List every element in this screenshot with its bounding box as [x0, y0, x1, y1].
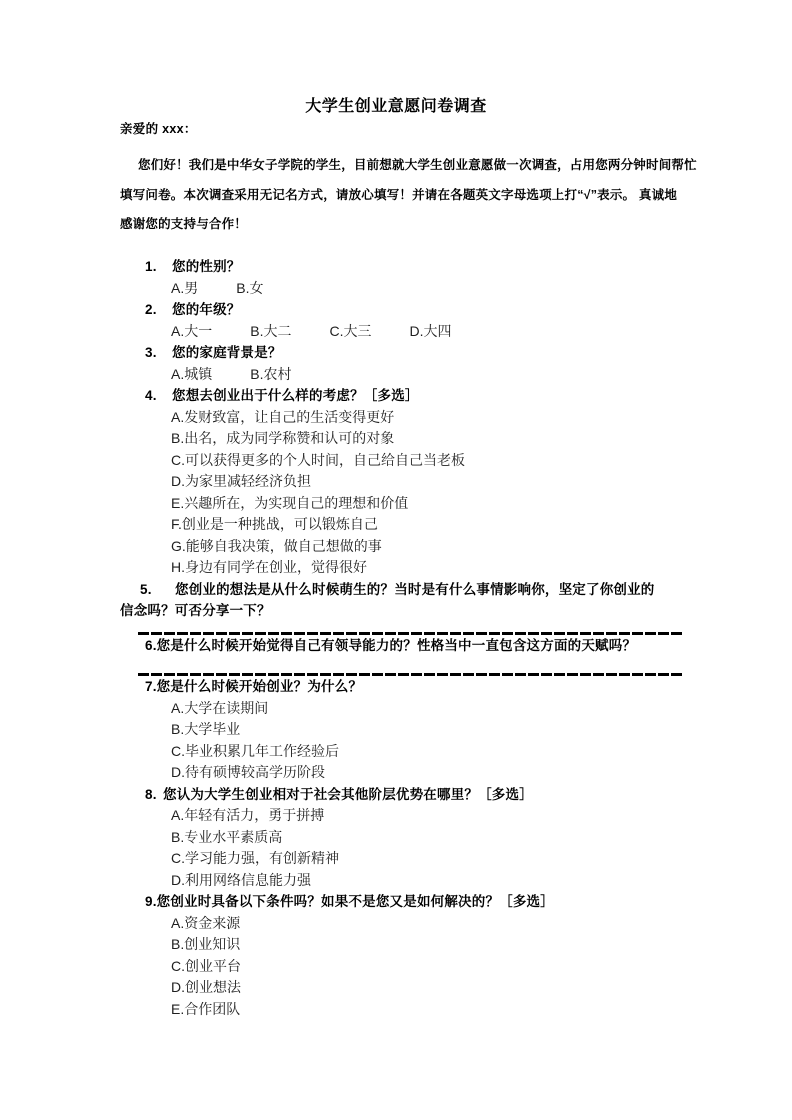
question-1-number: 1.	[145, 256, 172, 278]
question-8: 8.您认为大学生创业相对于社会其他阶层优势在哪里？［多选］	[120, 784, 720, 806]
intro-paragraph-line-2: 填写问卷。本次调查采用无记名方式，请放心填写！并请在各题英文字母选项上打“√”表…	[120, 185, 677, 203]
question-2-options: A.大一 B.大二 C.大三 D.大四	[120, 321, 720, 343]
question-8-text: 您认为大学生创业相对于社会其他阶层优势在哪里？［多选］	[163, 787, 533, 802]
question-9-option-c: C.创业平台	[120, 956, 720, 978]
question-2-option-a: A.大一	[171, 321, 212, 343]
question-3-option-b: B.农村	[250, 364, 291, 386]
question-3-number: 3.	[145, 342, 172, 364]
question-1-option-a: A.男	[171, 278, 198, 300]
question-list: 1.您的性别？ A.男 B.女 2.您的年级？ A.大一 B.大二 C.大三 D…	[120, 256, 720, 1020]
question-5-text-line-2: 信念吗？可否分享一下？	[120, 600, 720, 622]
question-3-option-a: A.城镇	[171, 364, 212, 386]
question-1: 1.您的性别？	[120, 256, 720, 278]
question-4-option-a: A.发财致富，让自己的生活变得更好	[120, 407, 720, 429]
question-7-option-a: A.大学在读期间	[120, 698, 720, 720]
question-4-option-b: B.出名，成为同学称赞和认可的对象	[120, 428, 720, 450]
question-2-text: 您的年级？	[172, 302, 241, 317]
question-9-option-a: A.资金来源	[120, 913, 720, 935]
question-7-option-c: C.毕业积累几年工作经验后	[120, 741, 720, 763]
question-9: 9.您创业时具备以下条件吗？如果不是您又是如何解决的？［多选］	[120, 891, 720, 913]
question-2-option-d: D.大四	[409, 321, 451, 343]
salutation: 亲爱的 xxx：	[120, 119, 197, 137]
question-3-text: 您的家庭背景是？	[172, 345, 282, 360]
question-3-options: A.城镇 B.农村	[120, 364, 720, 386]
question-4-option-c: C.可以获得更多的个人时间，自己给自己当老板	[120, 450, 720, 472]
question-2: 2.您的年级？	[120, 299, 720, 321]
question-2-option-b: B.大二	[250, 321, 291, 343]
question-9-option-e: E.合作团队	[120, 999, 720, 1021]
question-7-option-d: D.待有硕博较高学历阶段	[120, 762, 720, 784]
question-4: 4.您想去创业出于什么样的考虑？［多选］	[120, 385, 720, 407]
question-8-option-a: A.年轻有活力，勇于拼搏	[120, 805, 720, 827]
question-7: 7.您是什么时候开始创业？为什么？	[120, 676, 720, 698]
question-7-option-b: B.大学毕业	[120, 719, 720, 741]
question-4-text: 您想去创业出于什么样的考虑？［多选］	[172, 388, 419, 403]
question-4-number: 4.	[145, 385, 172, 407]
question-4-option-f: F.创业是一种挑战，可以锻炼自己	[120, 514, 720, 536]
question-4-option-d: D.为家里减轻经济负担	[120, 471, 720, 493]
question-8-option-b: B.专业水平素质高	[120, 827, 720, 849]
page-title: 大学生创业意愿问卷调查	[0, 93, 792, 116]
intro-paragraph-line-1: 您们好！我们是中华女子学院的学生，目前想就大学生创业意愿做一次调查，占用您两分钟…	[120, 155, 697, 173]
question-9-option-d: D.创业想法	[120, 977, 720, 999]
question-4-option-h: H.身边有同学在创业，觉得很好	[120, 557, 720, 579]
question-2-number: 2.	[145, 299, 172, 321]
question-5: 5.您创业的想法是从什么时候萌生的？当时是有什么事情影响你，坚定了你创业的	[120, 579, 720, 601]
question-4-option-e: E.兴趣所在，为实现自己的理想和价值	[120, 493, 720, 515]
question-6: 6.您是什么时候开始觉得自己有领导能力的？性格当中一直包含这方面的天赋吗？	[120, 635, 720, 657]
intro-paragraph-line-3: 感谢您的支持与合作！	[120, 214, 247, 232]
question-1-text: 您的性别？	[172, 259, 241, 274]
question-8-number: 8.	[145, 784, 163, 806]
question-2-option-c: C.大三	[329, 321, 371, 343]
question-9-option-b: B.创业知识	[120, 934, 720, 956]
question-3: 3.您的家庭背景是？	[120, 342, 720, 364]
question-1-option-b: B.女	[236, 278, 263, 300]
question-5-number: 5.	[140, 579, 175, 601]
question-4-option-g: G.能够自我决策，做自己想做的事	[120, 536, 720, 558]
question-8-option-d: D.利用网络信息能力强	[120, 870, 720, 892]
question-5-text-line-1: 您创业的想法是从什么时候萌生的？当时是有什么事情影响你，坚定了你创业的	[175, 582, 655, 597]
question-8-option-c: C.学习能力强，有创新精神	[120, 848, 720, 870]
question-1-options: A.男 B.女	[120, 278, 720, 300]
document-page: 大学生创业意愿问卷调查 亲爱的 xxx： 您们好！我们是中华女子学院的学生，目前…	[0, 0, 792, 1120]
